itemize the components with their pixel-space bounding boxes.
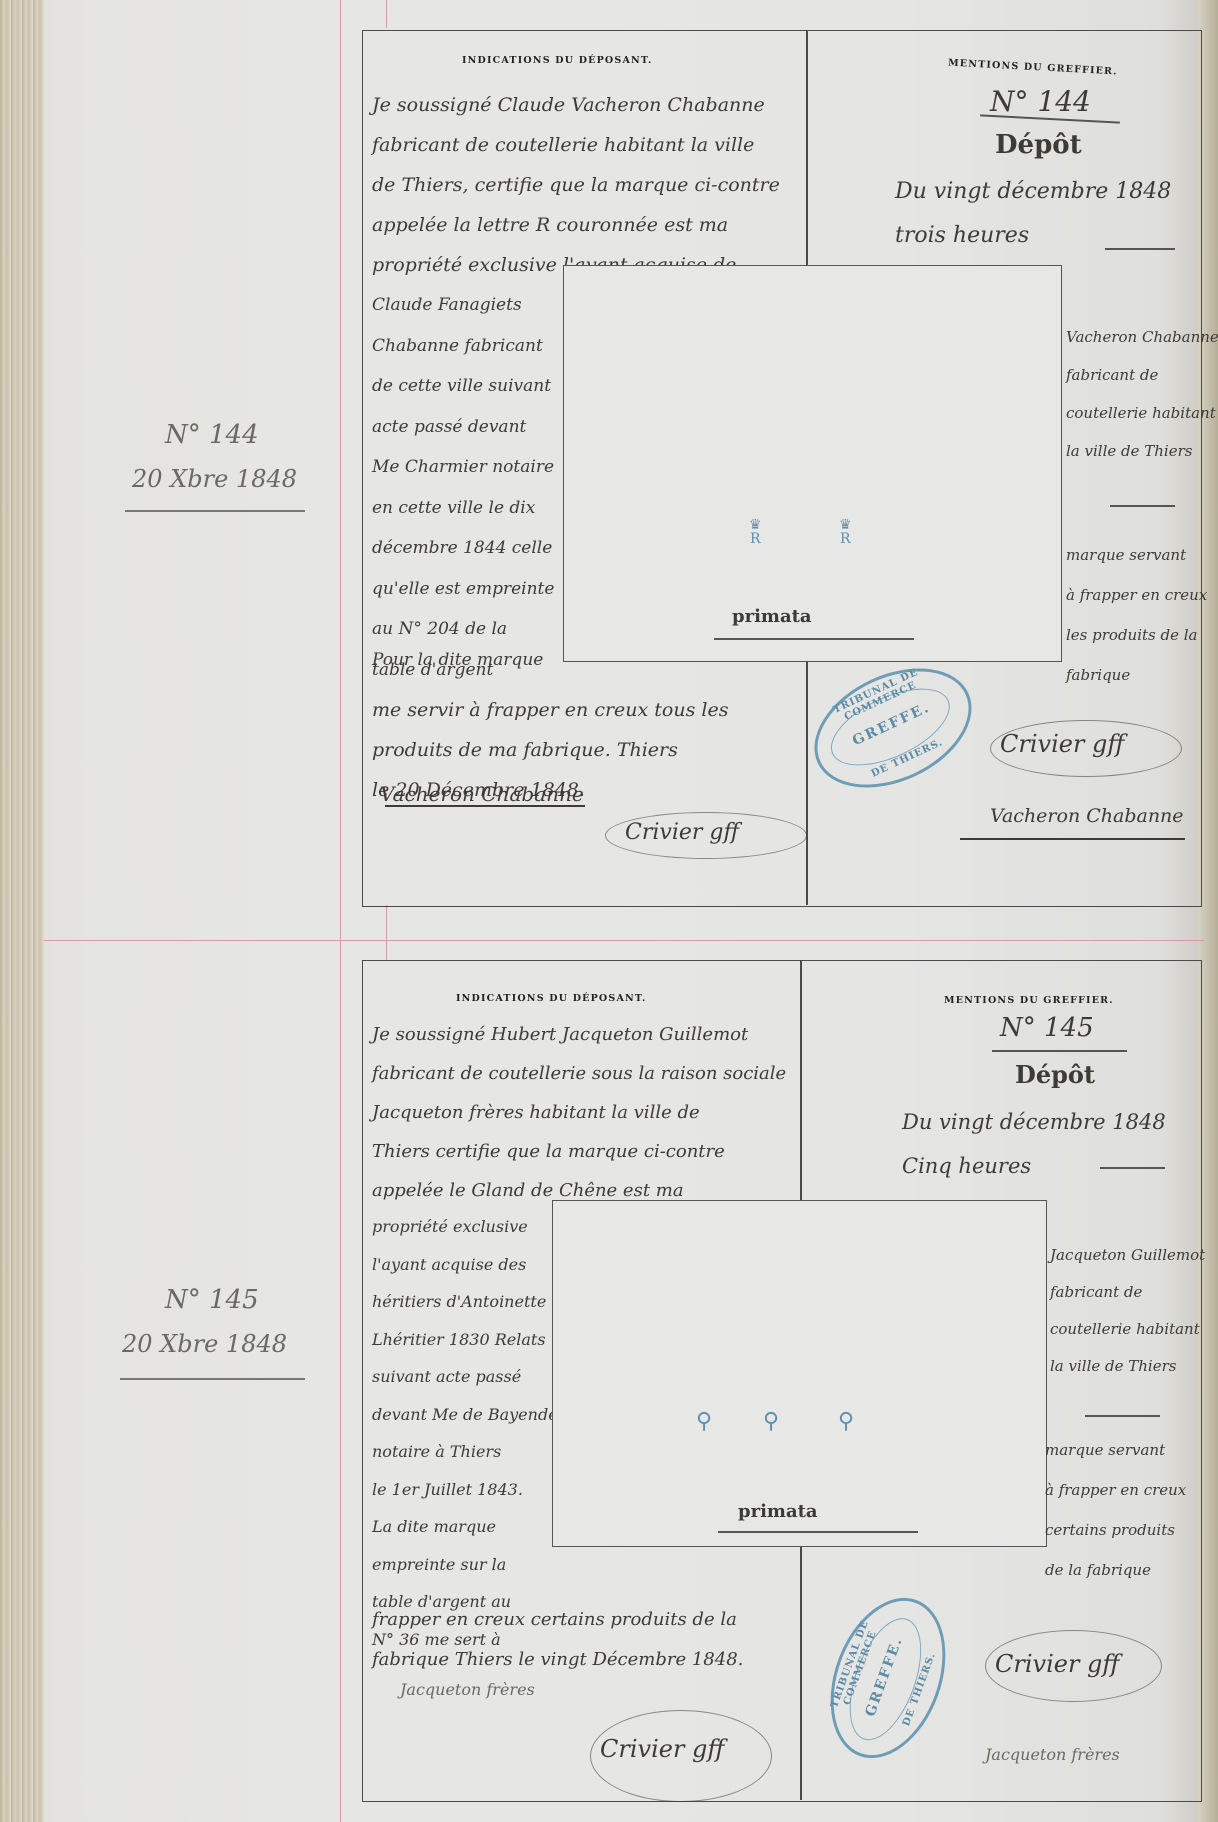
mark-label: primata bbox=[732, 606, 812, 627]
greffier-title: Dépôt bbox=[995, 130, 1082, 160]
greffier-date-dash bbox=[1100, 1167, 1165, 1169]
crown-r-mark-icon: ♛R bbox=[749, 518, 762, 546]
handwritten-line: propriété exclusive bbox=[372, 1208, 558, 1246]
greffier-notes-divider bbox=[1110, 505, 1175, 507]
handwritten-line: au N° 204 de la bbox=[372, 609, 554, 650]
counter-signature: Vacheron Chabanne bbox=[990, 805, 1184, 827]
depositant-line-15: Pour la dite marque bbox=[372, 650, 543, 670]
depositant-declaration-bottom: frapper en creux certains produits de la… bbox=[372, 1600, 743, 1680]
margin-rule-short-mid bbox=[386, 905, 387, 960]
depositant-declaration-side: propriété exclusive l'ayant acquise des … bbox=[372, 1208, 558, 1658]
handwritten-line: Claude Fanagiets bbox=[372, 285, 554, 326]
handwritten-line: de la fabrique bbox=[1045, 1550, 1186, 1590]
acorn-mark-icon: ⚲ bbox=[696, 1411, 712, 1433]
handwritten-line: Jacqueton Guillemot bbox=[1050, 1237, 1205, 1274]
mark-label: primata bbox=[738, 1501, 818, 1522]
handwritten-line: Me Charmier notaire bbox=[372, 447, 554, 488]
signature-flourish bbox=[385, 805, 585, 807]
mark-label-underline bbox=[714, 638, 914, 640]
handwritten-line: me servir à frapper en creux tous les bbox=[372, 690, 728, 730]
book-binding-edge bbox=[0, 0, 44, 1822]
margin-underline bbox=[120, 1378, 305, 1380]
handwritten-line: fabricant de bbox=[1066, 356, 1218, 394]
record-separator-rule bbox=[44, 940, 1204, 941]
handwritten-line: la ville de Thiers bbox=[1066, 432, 1218, 470]
margin-rule-short-top bbox=[386, 0, 387, 28]
handwritten-line: les produits de la bbox=[1066, 615, 1207, 655]
handwritten-line: suivant acte passé bbox=[372, 1358, 558, 1396]
column-divider bbox=[800, 960, 802, 1200]
handwritten-line: coutellerie habitant bbox=[1050, 1311, 1205, 1348]
acorn-mark-icon: ⚲ bbox=[838, 1411, 854, 1433]
handwritten-line: empreinte sur la bbox=[372, 1546, 558, 1584]
handwritten-line: frapper en creux certains produits de la bbox=[372, 1600, 743, 1640]
mark-impression-box: ⚲ ⚲ ⚲ primata bbox=[552, 1200, 1047, 1547]
handwritten-line: fabricant de bbox=[1050, 1274, 1205, 1311]
handwritten-line: qu'elle est empreinte bbox=[372, 569, 554, 610]
greffier-notes-name: Vacheron Chabanne fabricant de couteller… bbox=[1066, 318, 1218, 470]
header-depositant: INDICATIONS DU DÉPOSANT. bbox=[456, 993, 646, 1004]
margin-rule-vertical bbox=[340, 0, 341, 1822]
greffier-number: N° 145 bbox=[1000, 1013, 1094, 1043]
greffier-date-dash bbox=[1105, 248, 1175, 250]
depositant-declaration-top: Je soussigné Hubert Jacqueton Guillemot … bbox=[372, 1015, 786, 1210]
handwritten-line: Jacqueton frères habitant la ville de bbox=[372, 1093, 786, 1132]
handwritten-line: Thiers certifie que la marque ci-contre bbox=[372, 1132, 786, 1171]
greffier-signature-left: Crivier gff bbox=[625, 820, 739, 845]
handwritten-line: notaire à Thiers bbox=[372, 1433, 558, 1471]
header-depositant: INDICATIONS DU DÉPOSANT. bbox=[462, 55, 652, 66]
handwritten-line: l'ayant acquise des bbox=[372, 1246, 558, 1284]
handwritten-line: Du vingt décembre 1848 bbox=[895, 170, 1171, 214]
mark-label-underline bbox=[718, 1531, 918, 1533]
column-divider-lower bbox=[806, 660, 808, 905]
greffier-notes-mark: marque servant à frapper en creux les pr… bbox=[1066, 535, 1207, 695]
handwritten-line: en cette ville le dix bbox=[372, 488, 554, 529]
margin-underline bbox=[125, 510, 305, 512]
handwritten-line: fabrique Thiers le vingt Décembre 1848. bbox=[372, 1640, 743, 1680]
handwritten-line: Lhéritier 1830 Relats bbox=[372, 1321, 558, 1359]
margin-number: N° 145 bbox=[165, 1285, 259, 1315]
greffier-date: Du vingt décembre 1848 trois heures bbox=[895, 170, 1171, 258]
handwritten-line: devant Me de Bayende bbox=[372, 1396, 558, 1434]
handwritten-line: Chabanne fabricant bbox=[372, 326, 554, 367]
handwritten-line: héritiers d'Antoinette bbox=[372, 1283, 558, 1321]
handwritten-line: Cinq heures bbox=[902, 1144, 1166, 1188]
handwritten-line: Je soussigné Claude Vacheron Chabanne bbox=[372, 85, 780, 125]
handwritten-line: fabricant de coutellerie habitant la vil… bbox=[372, 125, 780, 165]
depositant-signature: Vacheron Chabanne bbox=[380, 782, 584, 806]
greffier-notes-mark: marque servant à frapper en creux certai… bbox=[1045, 1430, 1186, 1590]
handwritten-line: fabricant de coutellerie sous la raison … bbox=[372, 1054, 786, 1093]
crown-r-mark-icon: ♛R bbox=[839, 518, 852, 546]
handwritten-line: certains produits bbox=[1045, 1510, 1186, 1550]
handwritten-line: décembre 1844 celle bbox=[372, 528, 554, 569]
depositant-signature: Jacqueton frères bbox=[400, 1680, 535, 1699]
handwritten-line: le 1er Juillet 1843. bbox=[372, 1471, 558, 1509]
greffier-date: Du vingt décembre 1848 Cinq heures bbox=[902, 1100, 1166, 1188]
margin-date: 20 Xbre 1848 bbox=[132, 465, 297, 493]
counter-signature: Jacqueton frères bbox=[985, 1745, 1120, 1764]
handwritten-line: coutellerie habitant bbox=[1066, 394, 1218, 432]
handwritten-line: appelée la lettre R couronnée est ma bbox=[372, 205, 780, 245]
greffier-signature-left: Crivier gff bbox=[600, 1735, 724, 1763]
depositant-declaration-side: Claude Fanagiets Chabanne fabricant de c… bbox=[372, 285, 554, 690]
handwritten-line: fabrique bbox=[1066, 655, 1207, 695]
handwritten-line: la ville de Thiers bbox=[1050, 1348, 1205, 1385]
greffier-number-underline bbox=[992, 1050, 1127, 1052]
mark-impression-box: ♛R ♛R primata bbox=[563, 265, 1062, 662]
handwritten-line: produits de ma fabrique. Thiers bbox=[372, 730, 728, 770]
handwritten-line: marque servant bbox=[1045, 1430, 1186, 1470]
handwritten-line: acte passé devant bbox=[372, 407, 554, 448]
header-greffier: MENTIONS DU GREFFIER. bbox=[944, 995, 1114, 1006]
acorn-mark-icon: ⚲ bbox=[763, 1411, 779, 1433]
column-divider-lower bbox=[800, 1545, 802, 1800]
greffier-number: N° 144 bbox=[990, 85, 1091, 118]
handwritten-line: Je soussigné Hubert Jacqueton Guillemot bbox=[372, 1015, 786, 1054]
margin-number: N° 144 bbox=[165, 420, 259, 450]
handwritten-line: marque servant bbox=[1066, 535, 1207, 575]
margin-date: 20 Xbre 1848 bbox=[122, 1330, 287, 1358]
handwritten-line: trois heures bbox=[895, 214, 1171, 258]
counter-signature-flourish bbox=[960, 838, 1185, 840]
handwritten-line: à frapper en creux bbox=[1045, 1470, 1186, 1510]
greffier-notes-name: Jacqueton Guillemot fabricant de coutell… bbox=[1050, 1237, 1205, 1385]
greffier-title: Dépôt bbox=[1015, 1060, 1095, 1089]
greffier-signature-right: Crivier gff bbox=[1000, 730, 1124, 758]
greffier-signature-right: Crivier gff bbox=[995, 1650, 1119, 1678]
handwritten-line: La dite marque bbox=[372, 1508, 558, 1546]
greffier-notes-divider bbox=[1085, 1415, 1160, 1417]
handwritten-line: à frapper en creux bbox=[1066, 575, 1207, 615]
depositant-declaration-top: Je soussigné Claude Vacheron Chabanne fa… bbox=[372, 85, 780, 285]
handwritten-line: Du vingt décembre 1848 bbox=[902, 1100, 1166, 1144]
register-page: N° 144 20 Xbre 1848 INDICATIONS DU DÉPOS… bbox=[0, 0, 1218, 1822]
handwritten-line: de Thiers, certifie que la marque ci-con… bbox=[372, 165, 780, 205]
handwritten-line: de cette ville suivant bbox=[372, 366, 554, 407]
column-divider bbox=[806, 30, 808, 265]
handwritten-line: Vacheron Chabanne bbox=[1066, 318, 1218, 356]
